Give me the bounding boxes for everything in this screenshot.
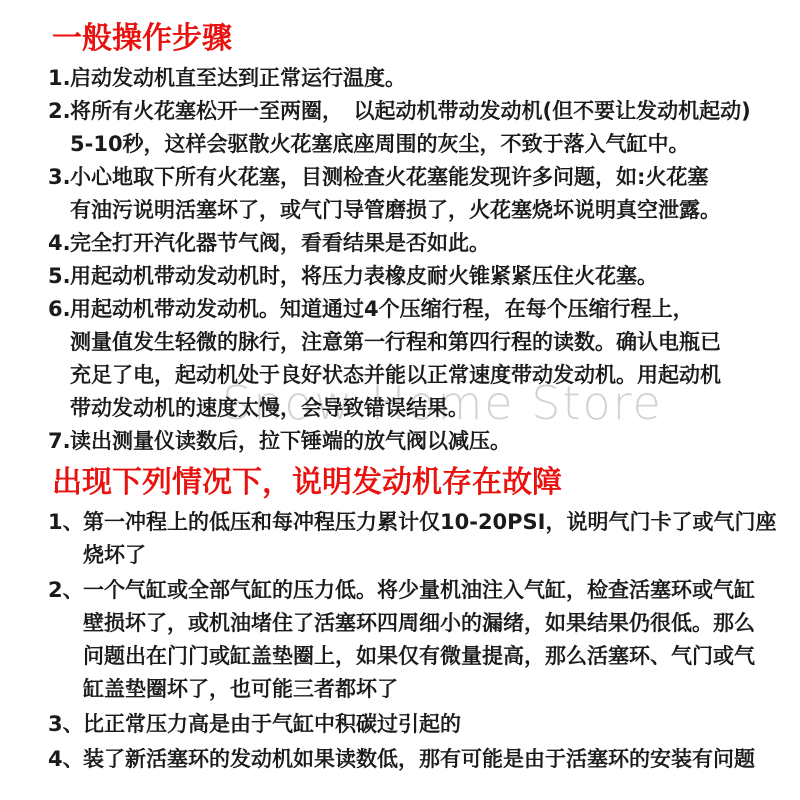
fault-item-1: 1、 第一冲程上的低压和每冲程压力累计仅10-20PSI，说明气门卡了或气门座 … bbox=[48, 506, 760, 572]
item-marker: 6. bbox=[48, 293, 71, 326]
item-line: 小心地取下所有火花塞，目测检查火花塞能发现许多问题，如:火花塞 bbox=[70, 161, 760, 194]
item-line: 有油污说明活塞坏了，或气门导管磨损了，火花塞烧坏说明真空泄露。 bbox=[70, 194, 760, 227]
section-heading-general-steps: 一般操作步骤 bbox=[52, 20, 760, 58]
item-marker: 4. bbox=[48, 227, 71, 260]
step-item-4: 4. 完全打开汽化器节气阀，看看结果是否如此。 bbox=[48, 227, 760, 260]
item-marker: 3. bbox=[48, 161, 71, 194]
item-line: 5-10秒，这样会驱散火花塞底座周围的灰尘，不致于落入气缸中。 bbox=[70, 128, 760, 161]
section-general-steps: 1. 启动发动机直至达到正常运行温度。 2. 将所有火花塞松开一至两圈， 以起动… bbox=[48, 62, 760, 458]
item-line: 用起动机带动发动机时，将压力表橡皮耐火锥紧紧压住火花塞。 bbox=[70, 260, 760, 293]
item-marker: 2. bbox=[48, 95, 71, 128]
section-heading-fault-conditions: 出现下列情况下，说明发动机存在故障 bbox=[52, 464, 760, 502]
step-item-6: 6. 用起动机带动发动机。知道通过4个压缩行程，在每个压缩行程上， 测量值发生轻… bbox=[48, 293, 760, 425]
item-marker: 4、 bbox=[48, 743, 84, 776]
item-line: 带动发动机的速度太慢，会导致错误结果。 bbox=[70, 392, 760, 425]
item-marker: 3、 bbox=[48, 708, 84, 741]
page-content: 一般操作步骤 1. 启动发动机直至达到正常运行温度。 2. 将所有火花塞松开一至… bbox=[0, 0, 800, 776]
item-line: 测量值发生轻微的脉行，注意第一行程和第四行程的读数。确认电瓶已 bbox=[70, 326, 760, 359]
item-line: 充足了电，起动机处于良好状态并能以正常速度带动发动机。用起动机 bbox=[70, 359, 760, 392]
section-fault-conditions: 1、 第一冲程上的低压和每冲程压力累计仅10-20PSI，说明气门卡了或气门座 … bbox=[48, 506, 760, 776]
item-line: 完全打开汽化器节气阀，看看结果是否如此。 bbox=[70, 227, 760, 260]
fault-item-4: 4、 装了新活塞环的发动机如果读数低，那有可能是由于活塞环的安装有问题 bbox=[48, 743, 760, 776]
item-line: 读出测量仪读数后，拉下锤端的放气阀以减压。 bbox=[70, 425, 760, 458]
item-marker: 1、 bbox=[48, 506, 84, 539]
item-line: 烧坏了 bbox=[83, 539, 760, 572]
item-marker: 5. bbox=[48, 260, 71, 293]
item-marker: 1. bbox=[48, 62, 71, 95]
step-item-5: 5. 用起动机带动发动机时，将压力表橡皮耐火锥紧紧压住火花塞。 bbox=[48, 260, 760, 293]
step-item-2: 2. 将所有火花塞松开一至两圈， 以起动机带动发动机(但不要让发动机起动) 5-… bbox=[48, 95, 760, 161]
step-item-7: 7. 读出测量仪读数后，拉下锤端的放气阀以减压。 bbox=[48, 425, 760, 458]
item-line: 第一冲程上的低压和每冲程压力累计仅10-20PSI，说明气门卡了或气门座 bbox=[83, 506, 760, 539]
fault-item-3: 3、 比正常压力高是由于气缸中积碳过引起的 bbox=[48, 708, 760, 741]
item-line: 缸盖垫圈坏了，也可能三者都坏了 bbox=[83, 673, 760, 706]
item-marker: 2、 bbox=[48, 574, 84, 607]
item-marker: 7. bbox=[48, 425, 71, 458]
item-line: 用起动机带动发动机。知道通过4个压缩行程，在每个压缩行程上， bbox=[70, 293, 760, 326]
step-item-3: 3. 小心地取下所有火花塞，目测检查火花塞能发现许多问题，如:火花塞 有油污说明… bbox=[48, 161, 760, 227]
item-line: 启动发动机直至达到正常运行温度。 bbox=[70, 62, 760, 95]
item-line: 将所有火花塞松开一至两圈， 以起动机带动发动机(但不要让发动机起动) bbox=[70, 95, 760, 128]
item-line: 一个气缸或全部气缸的压力低。将少量机油注入气缸，检查活塞环或气缸 bbox=[83, 574, 760, 607]
item-line: 装了新活塞环的发动机如果读数低，那有可能是由于活塞环的安装有问题 bbox=[83, 743, 760, 776]
fault-item-2: 2、 一个气缸或全部气缸的压力低。将少量机油注入气缸，检查活塞环或气缸 壁损坏了… bbox=[48, 574, 760, 706]
step-item-1: 1. 启动发动机直至达到正常运行温度。 bbox=[48, 62, 760, 95]
item-line: 问题出在门门或缸盖垫圈上，如果仅有微量提高，那么活塞环、气门或气 bbox=[83, 640, 760, 673]
item-line: 比正常压力高是由于气缸中积碳过引起的 bbox=[83, 708, 760, 741]
instruction-page: Snow Home Store 一般操作步骤 1. 启动发动机直至达到正常运行温… bbox=[0, 0, 800, 800]
item-line: 壁损坏了，或机油堵住了活塞环四周细小的漏绪，如果结果仍很低。那么 bbox=[83, 607, 760, 640]
